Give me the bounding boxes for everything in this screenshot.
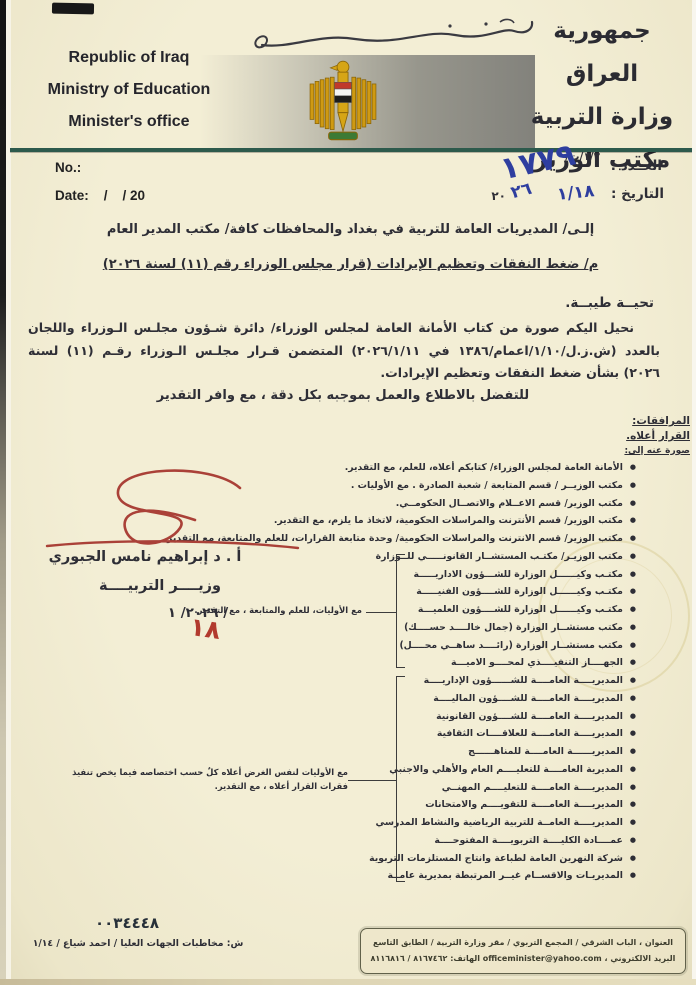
iraq-eagle-emblem bbox=[305, 52, 381, 152]
date-year-handwritten: ٢٦ bbox=[509, 179, 534, 203]
ref-number-label-ar: العــدد : bbox=[611, 158, 662, 174]
letterhead-arabic-line-2: وزارة التربية bbox=[516, 96, 688, 139]
group-annotation-2: مع الأوليات لنفس الغرض أعلاه كلٌ حسب اخت… bbox=[56, 766, 348, 793]
list-item-text: المديريـات والاقســام غيــر المرتبطة بمد… bbox=[388, 870, 623, 881]
bullet-icon: ● bbox=[630, 463, 636, 471]
copy-to-label: صورة عنه إلى: bbox=[210, 444, 690, 458]
signature-day-handwritten: ١٨ bbox=[188, 612, 222, 645]
no-field-label: No.: bbox=[55, 160, 81, 175]
date-field-label: Date: / / 20 bbox=[55, 188, 145, 203]
bullet-icon: ● bbox=[630, 676, 636, 684]
bullet-icon: ● bbox=[630, 765, 636, 773]
footer-contact-line: البريد الالكتروني ، officeminister@yahoo… bbox=[369, 951, 677, 967]
list-item: ●المديريــــــة العامــــة للمناهــــــج bbox=[210, 746, 690, 764]
bullet-icon: ● bbox=[630, 783, 636, 791]
bullet-icon: ● bbox=[630, 694, 636, 702]
bullet-icon: ● bbox=[630, 587, 636, 595]
list-item-text: المديريــــــة العامــــة للمناهــــــج bbox=[468, 746, 623, 757]
attachments-title: المرافقات: bbox=[210, 414, 690, 429]
scan-edge-bottom bbox=[0, 979, 696, 985]
bullet-icon: ● bbox=[630, 481, 636, 489]
group-bracket-2 bbox=[396, 676, 405, 882]
bullet-icon: ● bbox=[630, 499, 636, 507]
bullet-icon: ● bbox=[630, 747, 636, 755]
group-bracket-2-tick bbox=[348, 780, 396, 781]
bullet-icon: ● bbox=[630, 836, 636, 844]
bullet-icon: ● bbox=[630, 570, 636, 578]
list-item: ●المديريــــة العامــــة للتقويــــم وال… bbox=[210, 799, 690, 817]
bullet-icon: ● bbox=[630, 871, 636, 879]
list-item-text: المديريــــة العامــة للتربية الرياضية و… bbox=[375, 817, 622, 828]
list-item-text: الأمانة العامة لمجلس الوزراء/ كتابكم أعل… bbox=[345, 462, 623, 473]
list-item: ●مكتب مستشــار الوزارة (جمال خالــــد حس… bbox=[210, 622, 690, 640]
greeting-line: تحيــة طيبــة. bbox=[565, 295, 654, 311]
date-year-printed: ٢٠ bbox=[491, 189, 506, 203]
list-item-text: مكتب مستشــار الوزارة (رائــــد ساهــي م… bbox=[399, 640, 622, 651]
group-bracket-1-tick bbox=[366, 612, 396, 613]
list-item-text: المديريــــة العامــــة للتعليــــم المه… bbox=[442, 782, 623, 793]
list-item: ●مكتـب وكيــــــل الوزارة للشـــؤون الاد… bbox=[210, 569, 690, 587]
list-item-text: مكتب الوزيــر / قسم المتابعة / شعبة الصا… bbox=[351, 480, 623, 491]
list-item-text: مكتـب وكيــــــل الوزارة للشــــؤون الفن… bbox=[416, 586, 623, 597]
letterhead-english-line-3: Minister's office bbox=[20, 106, 238, 138]
list-item-text: مكتب الوزيـر/ مكتـب المستشــار القانونــ… bbox=[376, 551, 623, 562]
list-item-text: عمــــادة الكليــــة التربويــــة المفتو… bbox=[434, 835, 622, 846]
bullet-icon: ● bbox=[630, 818, 636, 826]
bullet-icon: ● bbox=[630, 800, 636, 808]
scan-edge-right bbox=[692, 0, 696, 985]
addressee-line: إلـى/ المديريات العامة للتربية في بغداد … bbox=[55, 222, 646, 237]
list-item-text: المديريــــة العامــــة للشــــــؤون الإ… bbox=[424, 675, 623, 686]
list-item-text: مكتب الوزير/ قسم الاعــلام والاتصــال ال… bbox=[396, 498, 623, 509]
outgoing-stamp-number: ٠٠٣٤٤٤٨ bbox=[95, 914, 159, 932]
list-item-text: المديرية العامــــة للتعليــــم العام وا… bbox=[389, 764, 623, 775]
list-item: ●المديريـات والاقســام غيــر المرتبطة بم… bbox=[210, 870, 690, 888]
minister-name: أ . د إبراهيم نامس الجبوري bbox=[45, 549, 245, 565]
list-item-text: مكتب مستشــار الوزارة (جمال خالــــد حسـ… bbox=[404, 622, 623, 633]
scanned-letter-page: Republic of Iraq Ministry of Education M… bbox=[0, 0, 696, 985]
closing-line: للتفضل بالاطلاع والعمل بموجبه بكل دقة ، … bbox=[80, 388, 606, 403]
letterhead-english: Republic of Iraq Ministry of Education M… bbox=[20, 42, 238, 138]
list-item: ●المديريــــة العامــــة للشــــــؤون ال… bbox=[210, 675, 690, 693]
bullet-icon: ● bbox=[630, 605, 636, 613]
list-item-text: المديريــــة العامــــة للعلاقــــات الث… bbox=[437, 728, 623, 739]
footer-contact-box: العنوان ، الباب الشرقي / المجمع التربوي … bbox=[360, 928, 686, 974]
subject-line: م/ ضغط النفقات وتعظيم الإيرادات (قرار مج… bbox=[55, 257, 646, 272]
list-item: ●مكتب مستشــار الوزارة (رائــــد ساهــي … bbox=[210, 640, 690, 658]
minister-title: وزيــــر التربيــــة bbox=[60, 578, 260, 594]
footer-address-line: العنوان ، الباب الشرقي / المجمع التربوي … bbox=[369, 935, 677, 951]
bullet-icon: ● bbox=[630, 729, 636, 737]
bullet-icon: ● bbox=[630, 641, 636, 649]
list-item-text: المديريــــة العامــــة للتقويــــم والا… bbox=[425, 799, 623, 810]
bismillah-calligraphy bbox=[250, 14, 540, 62]
list-item-text: الجهــــاز التنفيــــذي لمحــــو الاميــ… bbox=[451, 657, 623, 668]
list-item: ●الجهــــاز التنفيــــذي لمحــــو الاميـ… bbox=[210, 657, 690, 675]
list-item: ●المديريــــة العامــــة للعلاقــــات ال… bbox=[210, 728, 690, 746]
scan-corner-mark bbox=[52, 3, 94, 15]
bullet-icon: ● bbox=[630, 516, 636, 524]
bullet-icon: ● bbox=[630, 854, 636, 862]
list-item: ●شركة النهرين العامة لطباعة وانتاج المست… bbox=[210, 853, 690, 871]
list-item: ●المديريــــة العامــــة للشــــؤون الما… bbox=[210, 693, 690, 711]
list-item: ●عمــــادة الكليــــة التربويــــة المفت… bbox=[210, 835, 690, 853]
letterhead-arabic-line-1: جمهورية العراق bbox=[516, 10, 688, 96]
letterhead-english-line-1: Republic of Iraq bbox=[20, 42, 238, 74]
list-item: ●المديريــــة العامــة للتربية الرياضية … bbox=[210, 817, 690, 835]
bullet-icon: ● bbox=[630, 712, 636, 720]
list-item-text: مكتب الوزير/ قسم الأنترنت والمراسلات الح… bbox=[274, 515, 623, 526]
date-label-ar: التاريخ : bbox=[611, 186, 664, 202]
list-item: ●مكتـب وكيــــــل الوزارة للشــــؤون الف… bbox=[210, 586, 690, 604]
date-day-handwritten: ١/١٨ bbox=[556, 181, 595, 205]
list-item-text: المديريــــة العامــــة للشــــؤون المال… bbox=[433, 693, 623, 704]
list-item-text: المديريــــة العامــــة للشــــؤون القان… bbox=[436, 711, 623, 722]
clerk-reference-line: ش: مخاطبات الجهات العليا / احمد شياع / ١… bbox=[22, 938, 254, 949]
bullet-icon: ● bbox=[630, 658, 636, 666]
list-item: ●المديريــــة العامــــة للشــــؤون القا… bbox=[210, 711, 690, 729]
attachments-subtitle: القرار أعلاه. bbox=[210, 429, 690, 444]
bullet-icon: ● bbox=[630, 534, 636, 542]
list-item-text: شركة النهرين العامة لطباعة وانتاج المستل… bbox=[369, 853, 623, 864]
bullet-icon: ● bbox=[630, 623, 636, 631]
list-item-text: مكتـب وكيــــــل الوزارة للشـــؤون الادا… bbox=[413, 569, 622, 580]
bullet-icon: ● bbox=[630, 552, 636, 560]
list-item-text: مكتـب وكيــــــل الوزارة للشــــؤون العل… bbox=[418, 604, 623, 615]
body-paragraph: نحيل اليكم صورة من كتاب الأمانة العامة ل… bbox=[28, 317, 660, 385]
letterhead-english-line-2: Ministry of Education bbox=[20, 74, 238, 106]
group-bracket-1 bbox=[396, 554, 405, 668]
